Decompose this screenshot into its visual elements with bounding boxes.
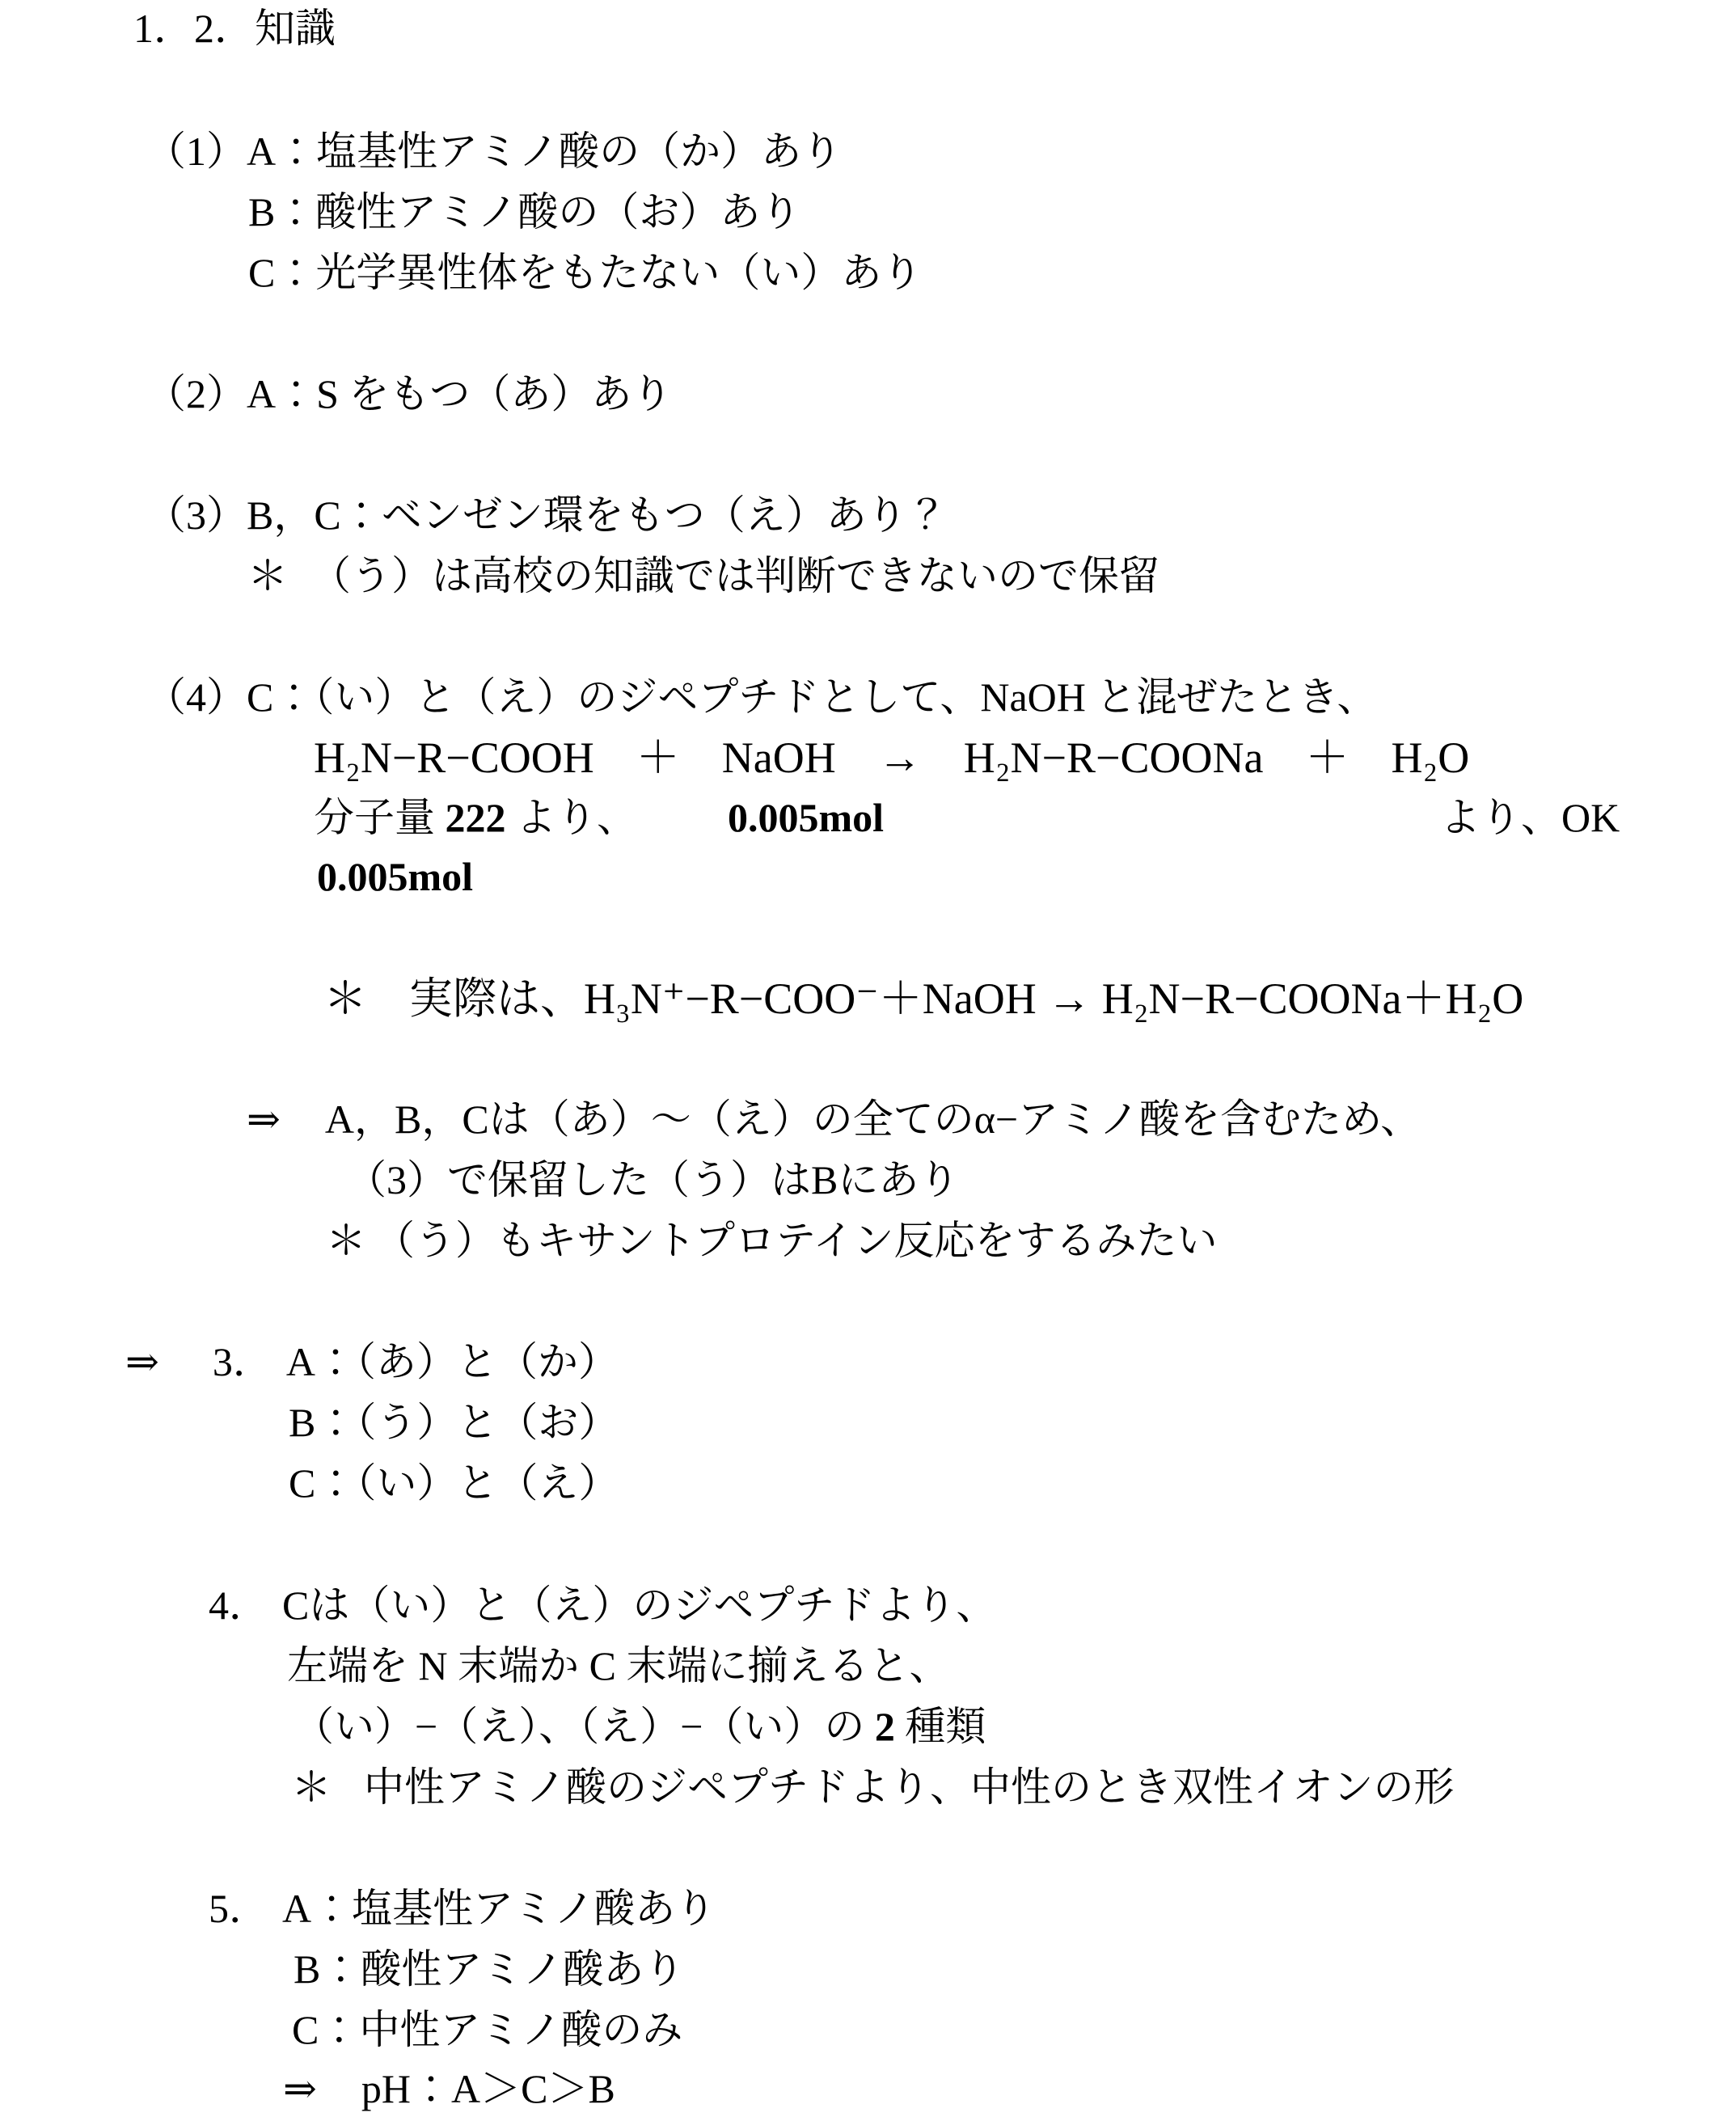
gap-spacer [273, 1375, 286, 1375]
item3-line-bc-text-0: （3）B，C：ベンゼン環をもつ（え）あり？ [146, 492, 948, 538]
gap-spacer [269, 1618, 282, 1619]
gap-spacer [367, 1012, 409, 1013]
answer4-line2-text-0: 左端を N 末端か C 末端に揃えると、 [287, 1643, 949, 1688]
answer5-line-c-text-0: C：中性アミノ酸のみ [292, 2007, 682, 2052]
gap-spacer [317, 2102, 361, 2102]
answer4-line1: 4．Cは（い）と（え）のジペプチドより、 [209, 1583, 996, 1627]
item1-line-b-text-0: B：酸性アミノ酸の（お）あり [248, 189, 800, 235]
answer3-line-a-text-4: A：（あ）と（か） [286, 1339, 619, 1384]
item4-calc-line-text-2: より、 [506, 795, 638, 840]
deduction-note: ＊（う）もキサントプロテイン反応をするみたい [326, 1219, 1218, 1262]
deduction-note-text-2: （う）もキサントプロテイン反応をするみたい [374, 1218, 1218, 1263]
answer3-line-a-text-2: 3． [213, 1339, 273, 1384]
item4-calc-line-text-1: 222 [446, 795, 506, 840]
answer3-line-a: ⇒3．A：（あ）と（か） [125, 1340, 619, 1384]
section-heading-text-0: 1．2．知識 [133, 6, 336, 51]
item4-calc-line: 分子量 222 より、0.005molより、OK [314, 796, 1620, 839]
answer4-line2: 左端を N 末端か C 末端に揃えると、 [287, 1644, 949, 1688]
answer4-line1-text-2: Cは（い）と（え）のジペプチドより、 [282, 1582, 996, 1628]
item4-equation-text-12: H₂O [1391, 733, 1469, 782]
item1-line-c: C：光学異性体をもたない（い）あり [248, 251, 922, 294]
answer5-line-a-text-2: A：塩基性アミノ酸あり [282, 1886, 716, 1931]
item3-note-text-2: （う）は高校の知識では判断できないので保留 [310, 553, 1159, 598]
answer5-line-a: 5．A：塩基性アミノ酸あり [209, 1887, 716, 1930]
item4-equation-text-6: → [878, 733, 922, 782]
item4-actual-note: ＊実際は、H₃N⁺−R−COO⁻＋NaOH → H₂N−R−COONa＋H₂O [323, 975, 1523, 1022]
item3-line-bc: （3）B，C：ベンゼン環をもつ（え）あり？ [146, 493, 948, 537]
item1-line-b: B：酸性アミノ酸の（お）あり [248, 190, 800, 234]
item2-line-a-text-0: （2）A：S をもつ（あ）あり [146, 371, 672, 416]
item1-line-a: （1）A：塩基性アミノ酸の（か）あり [146, 129, 842, 173]
answer3-line-b: B：（う）と（お） [289, 1401, 619, 1444]
answer3-line-c: C：（い）と（え） [289, 1461, 619, 1505]
gap-spacer [332, 1800, 364, 1801]
gap-spacer [922, 771, 964, 772]
answer4-line3: （い）−（え）、（え）−（い）の 2 種類 [294, 1705, 986, 1748]
deduction-note-text-0: ＊ [326, 1218, 366, 1263]
item4-actual-note-text-0: ＊ [323, 974, 367, 1023]
item4-equation: H₂N−R−COOH＋NaOH→H₂N−R−COONa＋H₂O [314, 734, 1469, 781]
deduction-line2: （3）で保留した（う）はBにあり [346, 1158, 959, 1202]
item4-calc-line-text-4: 0.005mol [728, 795, 884, 840]
gap-spacer [836, 771, 878, 772]
item4-equation-text-0: H₂N−R−COOH [314, 733, 594, 782]
item4-line-c-text-0: （4）C：（い）と（え）のジペプチドとして、NaOH と混ぜたとき、 [146, 674, 1377, 720]
gap-spacer [1349, 771, 1391, 772]
item4-actual-note-text-2: 実際は、H₃N⁺−R−COO⁻＋NaOH → H₂N−R−COONa＋H₂O [409, 974, 1523, 1023]
item2-line-a: （2）A：S をもつ（あ）あり [146, 372, 672, 416]
answer3-line-b-text-0: B：（う）と（お） [289, 1400, 619, 1445]
section-heading: 1．2．知識 [133, 6, 336, 50]
answer5-ph-line-text-0: ⇒ [283, 2066, 317, 2111]
item3-note-text-0: ＊ [247, 553, 288, 598]
item4-calc-line-text-6: より、OK [1440, 795, 1620, 840]
item4-calc-line2-text-0: 0.005mol [317, 854, 473, 899]
answer4-note-text-0: ＊ [291, 1764, 332, 1810]
answer5-line-a-text-0: 5． [209, 1886, 269, 1931]
answer4-note: ＊中性アミノ酸のジペプチドより、中性のとき双性イオンの形 [291, 1765, 1455, 1809]
answer4-line1-text-0: 4． [209, 1582, 269, 1628]
item4-equation-text-4: NaOH [722, 733, 836, 782]
answer5-line-c: C：中性アミノ酸のみ [292, 2008, 682, 2052]
gap-spacer [281, 1132, 325, 1133]
answer5-ph-line: ⇒pH：A＞C＞B [283, 2067, 615, 2111]
deduction-line1-text-2: A，B，Cは（あ）～（え）の全てのα−アミノ酸を含むため、 [325, 1097, 1421, 1142]
item4-line-c: （4）C：（い）と（え）のジペプチドとして、NaOH と混ぜたとき、 [146, 675, 1377, 719]
gap-spacer [637, 830, 728, 831]
answer3-line-c-text-0: C：（い）と（え） [289, 1460, 619, 1506]
gap-spacer [884, 830, 1440, 831]
answer4-line3-text-2: 種類 [895, 1704, 986, 1749]
answer3-line-a-text-0: ⇒ [125, 1339, 159, 1384]
answer4-line3-text-0: （い）−（え）、（え）−（い）の [294, 1704, 875, 1749]
gap-spacer [366, 1253, 374, 1254]
answer4-line3-text-1: 2 [875, 1704, 895, 1749]
item4-equation-text-8: H₂N−R−COONa [964, 733, 1264, 782]
item1-line-c-text-0: C：光学異性体をもたない（い）あり [248, 250, 922, 295]
answer5-ph-line-text-2: pH：A＞C＞B [361, 2066, 615, 2111]
document-page: 1．2．知識（1）A：塩基性アミノ酸の（か）ありB：酸性アミノ酸の（お）ありC：… [0, 0, 1736, 2117]
gap-spacer [159, 1375, 213, 1375]
item4-calc-line2: 0.005mol [317, 855, 473, 898]
answer4-note-text-2: 中性アミノ酸のジペプチドより、中性のとき双性イオンの形 [364, 1764, 1455, 1810]
deduction-line1: ⇒A，B，Cは（あ）～（え）の全てのα−アミノ酸を含むため、 [247, 1097, 1421, 1141]
gap-spacer [1263, 771, 1305, 772]
item3-note: ＊（う）は高校の知識では判断できないので保留 [247, 554, 1159, 598]
answer5-line-b: B：酸性アミノ酸あり [294, 1947, 684, 1991]
item1-line-a-text-0: （1）A：塩基性アミノ酸の（か）あり [146, 129, 842, 174]
gap-spacer [269, 1921, 282, 1922]
item4-equation-text-2: ＋ [636, 733, 680, 782]
item4-calc-line-text-0: 分子量 [314, 795, 446, 840]
gap-spacer [594, 771, 636, 772]
deduction-line2-text-0: （3）で保留した（う）はBにあり [346, 1157, 959, 1202]
gap-spacer [680, 771, 722, 772]
item4-equation-text-10: ＋ [1305, 733, 1349, 782]
deduction-line1-text-0: ⇒ [247, 1097, 281, 1142]
answer5-line-b-text-0: B：酸性アミノ酸あり [294, 1946, 684, 1992]
gap-spacer [288, 589, 310, 589]
